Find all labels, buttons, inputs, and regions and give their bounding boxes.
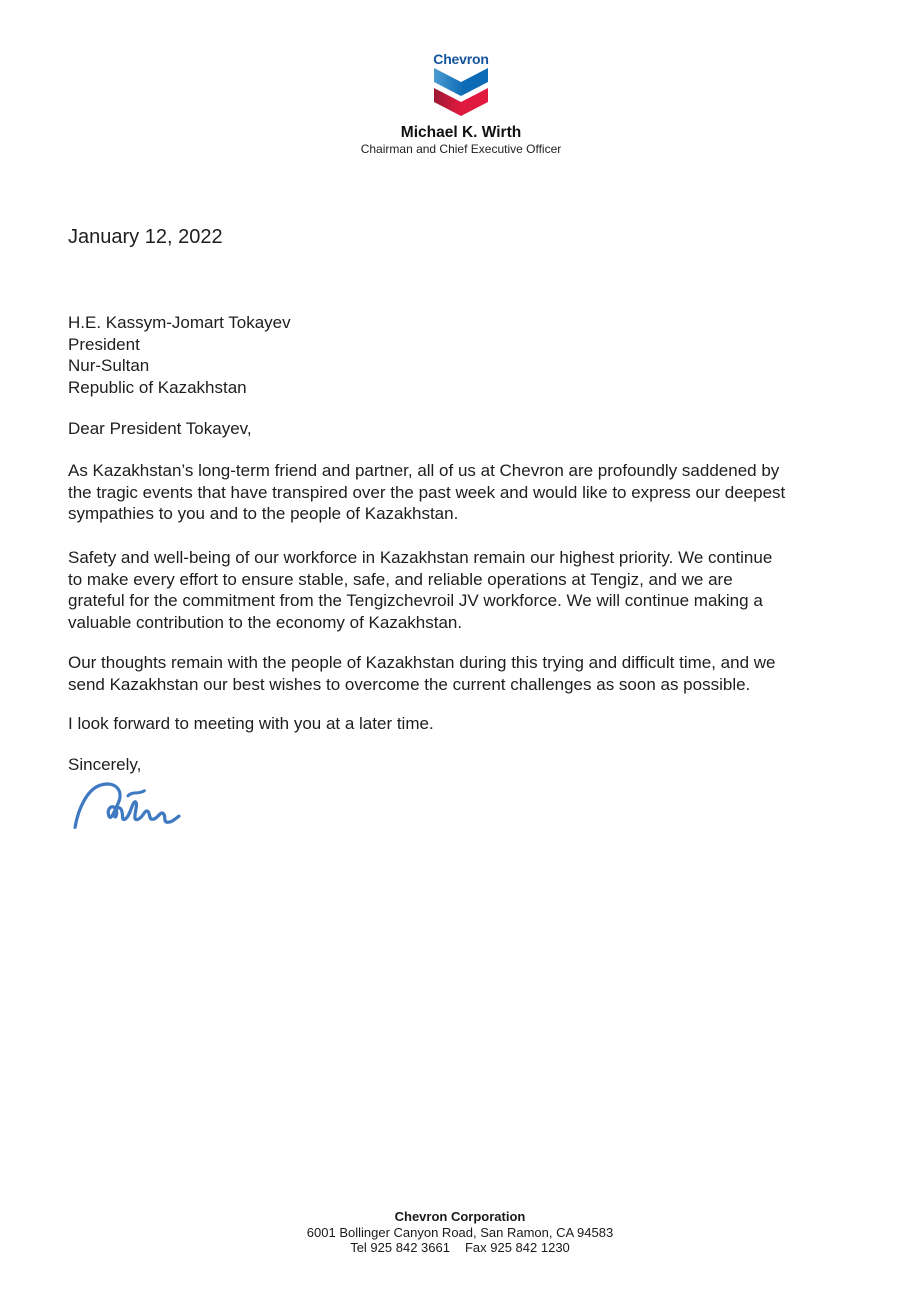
- paragraph-1: As Kazakhstan’s long-term friend and par…: [68, 460, 868, 525]
- signature-handwriting: [72, 780, 184, 837]
- footer-address: 6001 Bollinger Canyon Road, San Ramon, C…: [0, 1225, 900, 1241]
- letter-page: Chevron Michael K. Wirth Chairman and Ch…: [0, 0, 900, 1313]
- signature-main-stroke: [75, 784, 179, 827]
- footer-company: Chevron Corporation: [0, 1209, 900, 1225]
- paragraph-3: Our thoughts remain with the people of K…: [68, 652, 868, 695]
- letterhead: Chevron Michael K. Wirth Chairman and Ch…: [0, 52, 900, 156]
- footer-contact: Tel 925 842 3661Fax 925 842 1230: [0, 1240, 900, 1256]
- valediction: Sincerely,: [68, 754, 141, 776]
- closing-line: I look forward to meeting with you at a …: [68, 713, 434, 735]
- signature-icon: [72, 780, 184, 832]
- salutation: Dear President Tokayev,: [68, 418, 252, 440]
- footer-fax: Fax 925 842 1230: [465, 1240, 570, 1255]
- signature-tilde-stroke: [128, 791, 144, 796]
- sender-name: Michael K. Wirth: [0, 123, 900, 142]
- recipient-address: H.E. Kassym-Jomart Tokayev President Nur…: [68, 312, 291, 399]
- chevron-logo-icon: [434, 68, 488, 116]
- chevron-blue-band: [434, 68, 488, 96]
- letter-date: January 12, 2022: [68, 225, 223, 250]
- footer-tel: Tel 925 842 3661: [350, 1240, 450, 1255]
- paragraph-2: Safety and well-being of our workforce i…: [68, 547, 868, 634]
- sender-title: Chairman and Chief Executive Officer: [0, 142, 900, 156]
- footer: Chevron Corporation 6001 Bollinger Canyo…: [0, 1209, 900, 1256]
- chevron-wordmark: Chevron: [0, 52, 900, 67]
